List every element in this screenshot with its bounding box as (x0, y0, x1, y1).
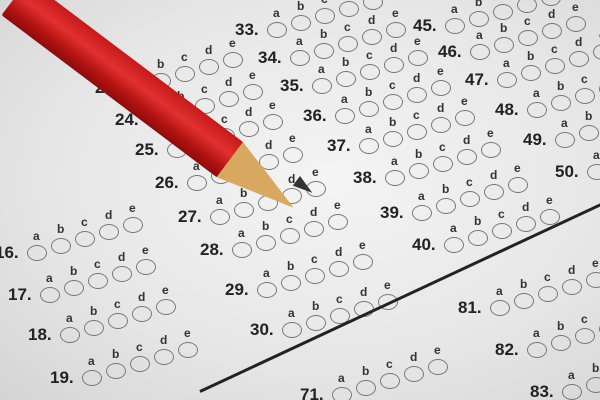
answer-bubble-d[interactable] (304, 221, 324, 237)
question-number: 35. (280, 76, 304, 96)
choice-letter-b: b (592, 361, 599, 375)
answer-bubble-c[interactable] (407, 124, 427, 140)
answer-bubble-c[interactable] (88, 273, 108, 289)
question-number: 18. (28, 325, 52, 345)
choice-letter-b: b (475, 0, 482, 9)
choice-letter-d: d (413, 71, 420, 85)
question-number: 81. (458, 298, 482, 318)
choice-letter-b: b (557, 79, 564, 93)
answer-bubble-b[interactable] (468, 230, 488, 246)
answer-bubble-b[interactable] (359, 101, 379, 117)
choice-letter-d: d (138, 290, 145, 304)
answer-bubble-b[interactable] (469, 11, 489, 27)
answer-bubble-d[interactable] (329, 261, 349, 277)
answer-bubble-c[interactable] (338, 36, 358, 52)
answer-bubble-c[interactable] (315, 8, 335, 24)
answer-bubble-e[interactable] (586, 272, 600, 288)
answer-bubble-d[interactable] (542, 23, 562, 39)
answer-bubble-a[interactable] (412, 205, 432, 221)
choice-letter-d: d (105, 208, 112, 222)
answer-bubble-c[interactable] (130, 356, 150, 372)
choice-letter-e: e (384, 278, 391, 292)
question-number: 29. (225, 280, 249, 300)
answer-bubble-a[interactable] (232, 242, 252, 258)
choice-letter-b: b (415, 147, 422, 161)
choice-letter-a: a (533, 86, 540, 100)
choice-letter-a: a (33, 229, 40, 243)
choice-letter-d: d (205, 43, 212, 57)
answer-bubble-c[interactable] (360, 64, 380, 80)
answer-bubble-d[interactable] (516, 216, 536, 232)
choice-letter-e: e (434, 343, 441, 357)
answer-bubble-c[interactable] (380, 373, 400, 389)
choice-letter-d: d (568, 263, 575, 277)
choice-letter-c: c (439, 140, 446, 154)
choice-letter-a: a (46, 271, 53, 285)
choice-letter-e: e (359, 238, 366, 252)
choice-letter-e: e (142, 243, 149, 257)
answer-bubble-b[interactable] (51, 238, 71, 254)
answer-bubble-c[interactable] (492, 223, 512, 239)
choice-letter-a: a (288, 306, 295, 320)
choice-letter-c: c (498, 207, 505, 221)
question-number: 82. (495, 340, 519, 360)
choice-letter-d: d (245, 105, 252, 119)
answer-bubble-a[interactable] (335, 108, 355, 124)
answer-bubble-a[interactable] (40, 287, 60, 303)
answer-bubble-c[interactable] (305, 268, 325, 284)
answer-bubble-b[interactable] (291, 15, 311, 31)
choice-letter-b: b (57, 222, 64, 236)
answer-bubble-e[interactable] (541, 0, 561, 6)
answer-bubble-e[interactable] (263, 114, 283, 130)
answer-bubble-c[interactable] (280, 228, 300, 244)
choice-letter-c: c (336, 292, 343, 306)
answer-bubble-d[interactable] (517, 0, 537, 13)
choice-letter-e: e (289, 131, 296, 145)
answer-bubble-b[interactable] (314, 43, 334, 59)
answer-bubble-e[interactable] (593, 44, 600, 60)
choice-letter-a: a (66, 311, 73, 325)
choice-letter-d: d (118, 250, 125, 264)
answer-bubble-e[interactable] (353, 254, 373, 270)
choice-letter-d: d (310, 205, 317, 219)
choice-letter-d: d (410, 350, 417, 364)
answer-bubble-e[interactable] (481, 142, 501, 158)
question-number: 47. (465, 70, 489, 90)
answer-bubble-d[interactable] (569, 51, 589, 67)
choice-letter-e: e (514, 161, 521, 175)
choice-letter-a: a (418, 189, 425, 203)
choice-letter-e: e (572, 0, 579, 14)
answer-bubble-a[interactable] (527, 102, 547, 118)
choice-letter-c: c (413, 108, 420, 122)
choice-letter-a: a (263, 266, 270, 280)
answer-bubble-b[interactable] (586, 377, 600, 393)
choice-letter-e: e (184, 326, 191, 340)
choice-letter-b: b (389, 115, 396, 129)
answer-bubble-b[interactable] (336, 71, 356, 87)
choice-letter-a: a (318, 62, 325, 76)
answer-bubble-e[interactable] (431, 80, 451, 96)
choice-letter-c: c (221, 112, 228, 126)
answer-bubble-e[interactable] (328, 214, 348, 230)
answer-bubble-d[interactable] (384, 57, 404, 73)
choice-letter-a: a (338, 371, 345, 385)
choice-letter-a: a (561, 116, 568, 130)
choice-letter-d: d (335, 245, 342, 259)
choice-letter-a: a (593, 148, 600, 162)
answer-bubble-e[interactable] (136, 259, 156, 275)
answer-bubble-d[interactable] (199, 59, 219, 75)
choice-letter-b: b (527, 49, 534, 63)
choice-letter-c: c (201, 82, 208, 96)
answer-bubble-e[interactable] (243, 84, 263, 100)
answer-bubble-c[interactable] (575, 328, 595, 344)
choice-letter-d: d (575, 35, 582, 49)
answer-bubble-a[interactable] (282, 322, 302, 338)
question-number: 38. (353, 168, 377, 188)
question-number: 33. (235, 20, 259, 40)
answer-bubble-c[interactable] (460, 191, 480, 207)
choice-letter-d: d (522, 200, 529, 214)
answer-bubble-b[interactable] (234, 202, 254, 218)
choice-letter-c: c (94, 257, 101, 271)
answer-bubble-e[interactable] (386, 22, 406, 38)
choice-letter-e: e (129, 201, 136, 215)
choice-letter-a: a (503, 56, 510, 70)
choice-letter-e: e (592, 256, 599, 270)
choice-letter-b: b (557, 319, 564, 333)
answer-bubble-a[interactable] (60, 327, 80, 343)
question-number: 27. (178, 207, 202, 227)
answer-bubble-d[interactable] (407, 87, 427, 103)
answer-bubble-a[interactable] (27, 245, 47, 261)
choice-letter-b: b (70, 264, 77, 278)
choice-letter-c: c (581, 312, 588, 326)
answer-bubble-b[interactable] (409, 163, 429, 179)
answer-sheet-photo: 23.abcde24.abcde25.abcde26.abcde27.abcde… (0, 0, 600, 400)
answer-bubble-d[interactable] (362, 29, 382, 45)
answer-bubble-c[interactable] (75, 231, 95, 247)
answer-bubble-d[interactable] (404, 366, 424, 382)
choice-letter-c: c (551, 42, 558, 56)
choice-letter-c: c (136, 340, 143, 354)
choice-letter-c: c (544, 270, 551, 284)
choice-letter-c: c (311, 252, 318, 266)
choice-letter-e: e (334, 198, 341, 212)
answer-bubble-b[interactable] (521, 65, 541, 81)
answer-bubble-a[interactable] (312, 78, 332, 94)
choice-letter-c: c (181, 50, 188, 64)
choice-letter-c: c (321, 0, 328, 6)
answer-bubble-c[interactable] (108, 313, 128, 329)
choice-letter-c: c (499, 0, 506, 2)
question-number: 16. (0, 243, 19, 263)
choice-letter-b: b (320, 27, 327, 41)
question-number: 37. (327, 136, 351, 156)
choice-letter-b: b (520, 277, 527, 291)
answer-bubble-e[interactable] (283, 147, 303, 163)
choice-letter-c: c (114, 297, 121, 311)
answer-bubble-b[interactable] (494, 37, 514, 53)
choice-letter-d: d (360, 285, 367, 299)
choice-letter-b: b (362, 364, 369, 378)
choice-letter-d: d (490, 168, 497, 182)
answer-bubble-b[interactable] (383, 131, 403, 147)
question-number: 46. (438, 42, 462, 62)
answer-bubble-b[interactable] (106, 363, 126, 379)
choice-letter-c: c (581, 72, 588, 86)
answer-bubble-e[interactable] (223, 52, 243, 68)
choice-letter-d: d (160, 333, 167, 347)
question-number: 30. (250, 320, 274, 340)
choice-letter-d: d (265, 138, 272, 152)
question-number: 83. (530, 382, 554, 400)
answer-bubble-e[interactable] (123, 217, 143, 233)
answer-bubble-e[interactable] (508, 177, 528, 193)
answer-bubble-c[interactable] (518, 30, 538, 46)
answer-bubble-d[interactable] (339, 1, 359, 17)
answer-bubble-b[interactable] (64, 280, 84, 296)
choice-letter-c: c (386, 357, 393, 371)
answer-bubble-b[interactable] (551, 95, 571, 111)
answer-bubble-b[interactable] (256, 235, 276, 251)
choice-letter-a: a (88, 354, 95, 368)
answer-bubble-a[interactable] (527, 342, 547, 358)
answer-bubble-a[interactable] (444, 237, 464, 253)
answer-bubble-b[interactable] (514, 293, 534, 309)
choice-letter-e: e (546, 193, 553, 207)
answer-bubble-d[interactable] (112, 266, 132, 282)
choice-letter-b: b (112, 347, 119, 361)
question-number: 39. (380, 203, 404, 223)
answer-bubble-a[interactable] (187, 175, 207, 191)
answer-bubble-e[interactable] (455, 110, 475, 126)
question-number: 49. (523, 130, 547, 150)
choice-letter-e: e (392, 6, 399, 20)
choice-letter-d: d (390, 41, 397, 55)
choice-letter-b: b (365, 85, 372, 99)
answer-bubble-e[interactable] (363, 0, 383, 10)
answer-bubble-c[interactable] (433, 156, 453, 172)
answer-bubble-d[interactable] (484, 184, 504, 200)
answer-bubble-d[interactable] (562, 279, 582, 295)
answer-bubble-e[interactable] (156, 299, 176, 315)
choice-letter-a: a (496, 284, 503, 298)
choice-letter-a: a (450, 221, 457, 235)
answer-bubble-d[interactable] (431, 117, 451, 133)
answer-bubble-a[interactable] (497, 72, 517, 88)
choice-letter-e: e (461, 94, 468, 108)
choice-letter-e: e (162, 283, 169, 297)
answer-bubble-a[interactable] (470, 44, 490, 60)
answer-bubble-e[interactable] (178, 342, 198, 358)
answer-bubble-c[interactable] (175, 66, 195, 82)
answer-bubble-a[interactable] (587, 164, 600, 180)
choice-letter-e: e (312, 165, 319, 179)
answer-bubble-c[interactable] (575, 88, 595, 104)
choice-letter-e: e (269, 98, 276, 112)
answer-bubble-b[interactable] (579, 125, 599, 141)
question-number: 36. (303, 106, 327, 126)
question-number: 19. (50, 368, 74, 388)
answer-bubble-c[interactable] (538, 286, 558, 302)
answer-bubble-b[interactable] (356, 380, 376, 396)
answer-bubble-a[interactable] (490, 300, 510, 316)
answer-bubble-d[interactable] (132, 306, 152, 322)
choice-letter-a: a (216, 193, 223, 207)
choice-letter-a: a (341, 92, 348, 106)
choice-letter-e: e (487, 126, 494, 140)
choice-letter-d: d (368, 13, 375, 27)
answer-bubble-c[interactable] (493, 4, 513, 20)
choice-letter-a: a (533, 326, 540, 340)
choice-letter-c: c (81, 215, 88, 229)
choice-letter-a: a (391, 154, 398, 168)
answer-bubble-a[interactable] (82, 370, 102, 386)
choice-letter-a: a (568, 368, 575, 382)
choice-letter-e: e (437, 64, 444, 78)
choice-letter-c: c (366, 48, 373, 62)
answer-bubble-a[interactable] (359, 138, 379, 154)
question-number: 28. (200, 240, 224, 260)
question-number: 25. (135, 140, 159, 160)
answer-bubble-a[interactable] (290, 50, 310, 66)
question-number: 71. (300, 385, 324, 400)
answer-bubble-a[interactable] (332, 387, 352, 400)
answer-bubble-a[interactable] (562, 384, 582, 400)
choice-letter-a: a (273, 6, 280, 20)
answer-bubble-c[interactable] (545, 58, 565, 74)
answer-bubble-b[interactable] (436, 198, 456, 214)
answer-bubble-d[interactable] (219, 91, 239, 107)
choice-letter-a: a (238, 226, 245, 240)
choice-letter-b: b (157, 57, 164, 71)
choice-letter-a: a (365, 122, 372, 136)
choice-letter-a: a (476, 28, 483, 42)
choice-letter-b: b (342, 55, 349, 69)
choice-letter-b: b (297, 0, 304, 13)
choice-letter-d: d (548, 7, 555, 21)
choice-letter-b: b (474, 214, 481, 228)
answer-bubble-d[interactable] (457, 149, 477, 165)
question-number: 48. (495, 100, 519, 120)
answer-bubble-d[interactable] (154, 349, 174, 365)
choice-letter-c: c (524, 14, 531, 28)
question-number: 45. (413, 16, 437, 36)
choice-letter-e: e (414, 34, 421, 48)
answer-bubble-e[interactable] (566, 16, 586, 32)
question-number: 50. (555, 162, 579, 182)
answer-bubble-a[interactable] (210, 209, 230, 225)
choice-letter-c: c (389, 78, 396, 92)
answer-bubble-d[interactable] (239, 121, 259, 137)
choice-letter-a: a (296, 34, 303, 48)
answer-bubble-c[interactable] (383, 94, 403, 110)
choice-letter-d: d (437, 101, 444, 115)
answer-bubble-e[interactable] (428, 359, 448, 375)
choice-letter-b: b (500, 21, 507, 35)
question-number: 17. (8, 285, 32, 305)
choice-letter-b: b (262, 219, 269, 233)
answer-bubble-b[interactable] (551, 335, 571, 351)
question-number: 26. (155, 173, 179, 193)
choice-letter-e: e (249, 68, 256, 82)
choice-letter-b: b (585, 109, 592, 123)
answer-bubble-b[interactable] (281, 275, 301, 291)
choice-letter-c: c (344, 20, 351, 34)
answer-bubble-e[interactable] (408, 50, 428, 66)
answer-bubble-b[interactable] (84, 320, 104, 336)
answer-bubble-a[interactable] (445, 18, 465, 34)
answer-bubble-a[interactable] (385, 170, 405, 186)
question-number: 40. (412, 235, 436, 255)
choice-letter-b: b (312, 299, 319, 313)
choice-letter-d: d (225, 75, 232, 89)
answer-bubble-a[interactable] (257, 282, 277, 298)
answer-bubble-b[interactable] (306, 315, 326, 331)
answer-bubble-d[interactable] (99, 224, 119, 240)
answer-bubble-a[interactable] (267, 22, 287, 38)
answer-bubble-a[interactable] (555, 132, 575, 148)
choice-letter-b: b (442, 182, 449, 196)
choice-letter-c: c (466, 175, 473, 189)
choice-letter-d: d (463, 133, 470, 147)
question-number: 34. (258, 48, 282, 68)
choice-letter-b: b (287, 259, 294, 273)
choice-letter-b: b (90, 304, 97, 318)
choice-letter-a: a (451, 2, 458, 16)
